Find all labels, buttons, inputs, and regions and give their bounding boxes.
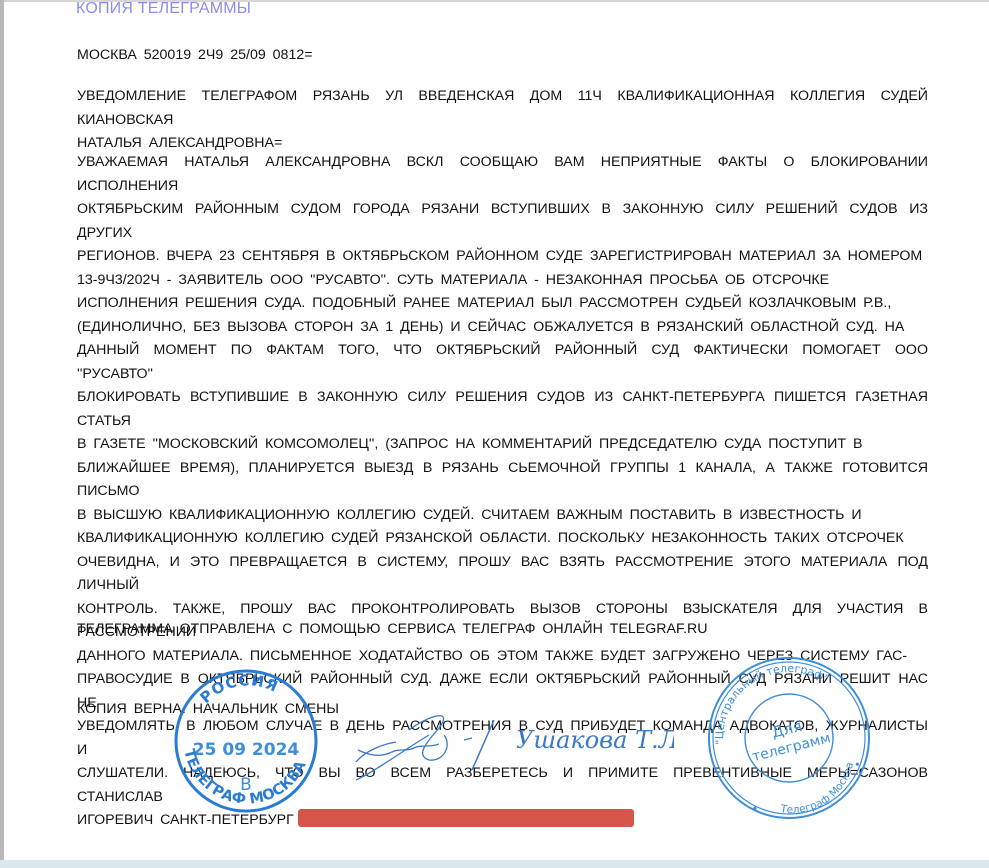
- body-line: (ЕДИНОЛИЧНО, БЕЗ ВЫЗОВА СТОРОН ЗА 1 ДЕНЬ…: [77, 316, 928, 340]
- body-line: В ГАЗЕТЕ ''МОСКОВСКИЙ КОМСОМОЛЕЦ'', (ЗАП…: [77, 433, 928, 457]
- stamp-date: 25 09 2024: [193, 740, 300, 760]
- body-line: ИСПОЛНЕНИЯ РЕШЕНИЯ СУДА. ПОДОБНЫЙ РАНЕЕ …: [77, 292, 928, 316]
- body-line: ОКТЯБРЬСКИМ РАЙОННЫМ СУДОМ ГОРОДА РЯЗАНИ…: [77, 198, 928, 245]
- redacted-block: [298, 809, 634, 827]
- telegraph-moscow-stamp: РОССИЯ 25 09 2024 В ТЕЛЕГРАФ МОСКВА: [170, 665, 322, 817]
- body-line: БЛИЖАЙШЕЕ ВРЕМЯ), ПЛАНИРУЕТСЯ ВЫЕЗД В РЯ…: [77, 457, 928, 504]
- body-line: БЛОКИРОВАТЬ ВСТУПИВШИЕ В ЗАКОННУЮ СИЛУ Р…: [77, 386, 928, 433]
- signature-name: Ушакова Т.Л.: [516, 726, 674, 754]
- central-telegraph-stamp: "Центральный телеграф" Для телеграмм Тел…: [699, 648, 879, 828]
- body-line: РЕГИОНОВ. ВЧЕРА 23 СЕНТЯБРЯ В ОКТЯБРЬСКО…: [77, 245, 928, 269]
- address-block: УВЕДОМЛЕНИЕ ТЕЛЕГРАФОМ РЯЗАНЬ УЛ ВВЕДЕНС…: [77, 85, 928, 156]
- body-line: ОЧЕВИДНА, И ЭТО ПРЕВРАЩАЕТСЯ В СИСТЕМУ, …: [77, 551, 928, 598]
- body-line: В ВЫСШУЮ КВАЛИФИКАЦИОННУЮ КОЛЛЕГИЮ СУДЕЙ…: [77, 504, 928, 528]
- address-line: УВЕДОМЛЕНИЕ ТЕЛЕГРАФОМ РЯЗАНЬ УЛ ВВЕДЕНС…: [77, 85, 928, 132]
- body-line: УВАЖАЕМАЯ НАТАЛЬЯ АЛЕКСАНДРОВНА ВСКЛ СОО…: [77, 151, 928, 198]
- document-page: КОПИЯ ТЕЛЕГРАММЫ МОСКВА 520019 2Ч9 25/09…: [0, 0, 989, 860]
- signature: Ушакова Т.Л.: [344, 700, 674, 795]
- body-line: ДАННЫЙ МОМЕНТ ПО ФАКТАМ ТОГО, ЧТО ОКТЯБР…: [77, 339, 928, 386]
- stamp-top-text: РОССИЯ: [197, 671, 282, 707]
- body-line: КВАЛИФИКАЦИОННУЮ КОЛЛЕГИЮ СУДЕЙ РЯЗАНСКО…: [77, 527, 928, 551]
- service-line: МОСКВА 520019 2Ч9 25/09 0812=: [77, 44, 313, 68]
- svg-text:РОССИЯ: РОССИЯ: [197, 671, 282, 707]
- page-bottom-edge: [0, 860, 989, 868]
- footer-line: ТЕЛЕГРАММА ОТПРАВЛЕНА С ПОМОЩЬЮ СЕРВИСА …: [77, 618, 708, 642]
- body-line: 13-9Ч3/202Ч - ЗАЯВИТЕЛЬ ООО ''РУСАВТО''.…: [77, 269, 928, 293]
- copy-title: КОПИЯ ТЕЛЕГРАММЫ: [76, 0, 251, 18]
